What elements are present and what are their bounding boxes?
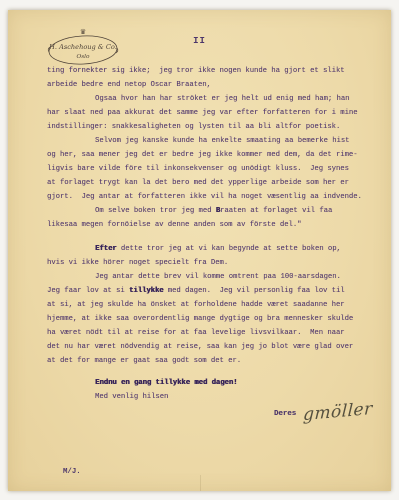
- letter-page: ♛ H. Aschehoug & Co. Oslo II ting fornek…: [8, 10, 391, 491]
- letter-line: ting fornekter sig ikke; jeg tror ikke n…: [47, 64, 375, 78]
- letter-line: Ogsaa hvor han har ströket er jeg helt u…: [47, 92, 375, 106]
- letter-line: hjemme, at ikke saa overordentlig mange …: [47, 312, 375, 326]
- letter-line: det nu har været nödvendig at reise, saa…: [47, 340, 375, 354]
- letter-line: at det for mange er gaat saa godt som de…: [47, 354, 375, 368]
- page-number: II: [8, 36, 391, 46]
- signoff: Deres gmöller: [274, 402, 373, 422]
- letter-line: Selvom jeg kanske kunde ha enkelte smaat…: [47, 134, 375, 148]
- signature: gmöller: [303, 399, 374, 425]
- letter-line: har slaat ned paa akkurat det samme jeg …: [47, 106, 375, 120]
- letter-line: at si, at jeg skulde ha önsket at forhol…: [47, 298, 375, 312]
- letter-line: likesaa megen fornöielse av denne anden …: [47, 218, 375, 232]
- letter-line: at forlaget trygt kan la det bero med de…: [47, 176, 375, 190]
- letter-line: arbeide bedre end netop Oscar Braaten,: [47, 78, 375, 92]
- deres-label: Deres: [274, 402, 296, 418]
- letter-line: Jeg faar lov at si tillykke med dagen. J…: [47, 284, 375, 298]
- letter-line: ligvis bare vilde före til inkonsekvense…: [47, 162, 375, 176]
- letter-line: indstillinger: snakkesaligheten og lyste…: [47, 120, 375, 134]
- typist-initials: M/J.: [63, 468, 81, 476]
- letter-line: ha været nödt til at reise for at faa le…: [47, 326, 375, 340]
- letter-line: hvis vi ikke hörer noget specielt fra De…: [47, 256, 375, 270]
- letter-line: gjort. Jeg antar at forfatteren ikke vil…: [47, 190, 375, 204]
- letter-line: og her, saa mener jeg det er bedre jeg i…: [47, 148, 375, 162]
- letter-line: Efter dette tror jeg at vi kan begynde a…: [47, 242, 375, 256]
- publisher-city: Oslo: [76, 54, 90, 60]
- letter-body: ting fornekter sig ikke; jeg tror ikke n…: [47, 64, 375, 404]
- paper-crease: [200, 475, 201, 491]
- crown-icon: ♛: [80, 28, 86, 36]
- letter-line: Jeg antar dette brev vil komme omtrent p…: [47, 270, 375, 284]
- letter-line: Om selve boken tror jeg med Braaten at f…: [47, 204, 375, 218]
- letter-line: Endnu en gang tillykke med dagen!: [47, 376, 375, 390]
